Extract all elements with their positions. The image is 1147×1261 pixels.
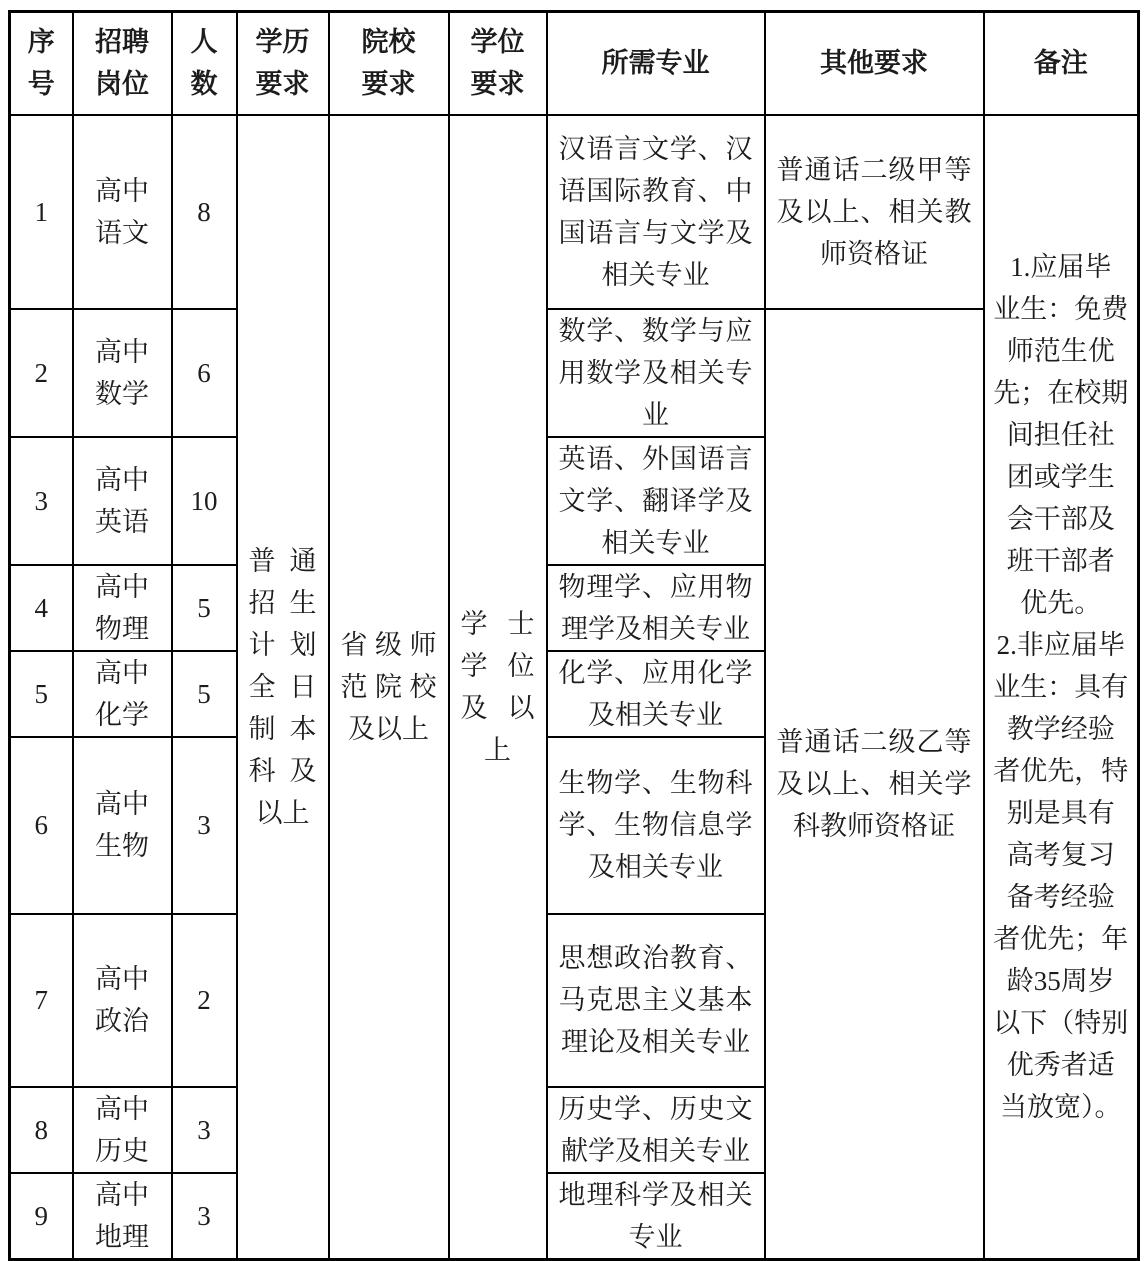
row1-seq: 1 (10, 115, 73, 309)
recruitment-table: 序号 招聘岗位 人数 学历要求 院校要求 学位要求 所需专业 其他要求 备注 1… (8, 10, 1140, 1261)
row8-seq: 8 (10, 1087, 73, 1173)
remarks-cell: 1.应届毕 业生：免费 师范生优 先；在校期 间担任社 团或学生 会干部及 班干… (984, 115, 1139, 1260)
institution-requirement-cell: 省级师范院校及以上 (329, 115, 449, 1260)
header-institution: 院校要求 (329, 12, 449, 115)
row5-count: 5 (172, 651, 237, 737)
row5-majors: 化学、应用化学及相关专业 (547, 651, 765, 737)
row9-count: 3 (172, 1173, 237, 1260)
row6-position: 高中生物 (73, 737, 172, 914)
row2-count: 6 (172, 309, 237, 437)
row8-position: 高中历史 (73, 1087, 172, 1173)
row2-position: 高中数学 (73, 309, 172, 437)
row7-count: 2 (172, 914, 237, 1087)
document-sheet: 序号 招聘岗位 人数 学历要求 院校要求 学位要求 所需专业 其他要求 备注 1… (0, 0, 1147, 1261)
header-education: 学历要求 (237, 12, 329, 115)
row4-seq: 4 (10, 565, 73, 651)
table-row: 1 高中语文 8 普通招生计划全日制本科及以上 省级师范院校及以上 学士学位及以… (10, 115, 1139, 309)
row8-count: 3 (172, 1087, 237, 1173)
row8-majors: 历史学、历史文献学及相关专业 (547, 1087, 765, 1173)
header-remarks: 备注 (984, 12, 1139, 115)
header-position: 招聘岗位 (73, 12, 172, 115)
row2-majors: 数学、数学与应用数学及相关专业 (547, 309, 765, 437)
row7-position: 高中政治 (73, 914, 172, 1087)
row3-seq: 3 (10, 437, 73, 565)
header-seq: 序号 (10, 12, 73, 115)
row6-count: 3 (172, 737, 237, 914)
row4-majors: 物理学、应用物理学及相关专业 (547, 565, 765, 651)
other-requirement-rows2-9-cell: 普通话二级乙等及以上、相关学科教师资格证 (765, 309, 984, 1260)
row1-other-requirement: 普通话二级甲等及以上、相关教师资格证 (765, 115, 984, 309)
row3-majors: 英语、外国语言文学、翻译学及相关专业 (547, 437, 765, 565)
header-majors: 所需专业 (547, 12, 765, 115)
row3-count: 10 (172, 437, 237, 565)
row1-count: 8 (172, 115, 237, 309)
row9-seq: 9 (10, 1173, 73, 1260)
degree-requirement-cell: 学士学位及以上 (449, 115, 547, 1260)
row6-seq: 6 (10, 737, 73, 914)
row2-seq: 2 (10, 309, 73, 437)
row5-position: 高中化学 (73, 651, 172, 737)
header-degree: 学位要求 (449, 12, 547, 115)
row7-majors: 思想政治教育、马克思主义基本理论及相关专业 (547, 914, 765, 1087)
table-row: 2 高中数学 6 数学、数学与应用数学及相关专业 普通话二级乙等及以上、相关学科… (10, 309, 1139, 437)
row9-majors: 地理科学及相关专业 (547, 1173, 765, 1260)
header-count: 人数 (172, 12, 237, 115)
table-header-row: 序号 招聘岗位 人数 学历要求 院校要求 学位要求 所需专业 其他要求 备注 (10, 12, 1139, 115)
row6-majors: 生物学、生物科学、生物信息学及相关专业 (547, 737, 765, 914)
header-other: 其他要求 (765, 12, 984, 115)
row4-position: 高中物理 (73, 565, 172, 651)
row9-position: 高中地理 (73, 1173, 172, 1260)
row4-count: 5 (172, 565, 237, 651)
education-requirement-cell: 普通招生计划全日制本科及以上 (237, 115, 329, 1260)
row5-seq: 5 (10, 651, 73, 737)
row3-position: 高中英语 (73, 437, 172, 565)
row1-majors: 汉语言文学、汉语国际教育、中国语言与文学及相关专业 (547, 115, 765, 309)
row1-position: 高中语文 (73, 115, 172, 309)
row7-seq: 7 (10, 914, 73, 1087)
